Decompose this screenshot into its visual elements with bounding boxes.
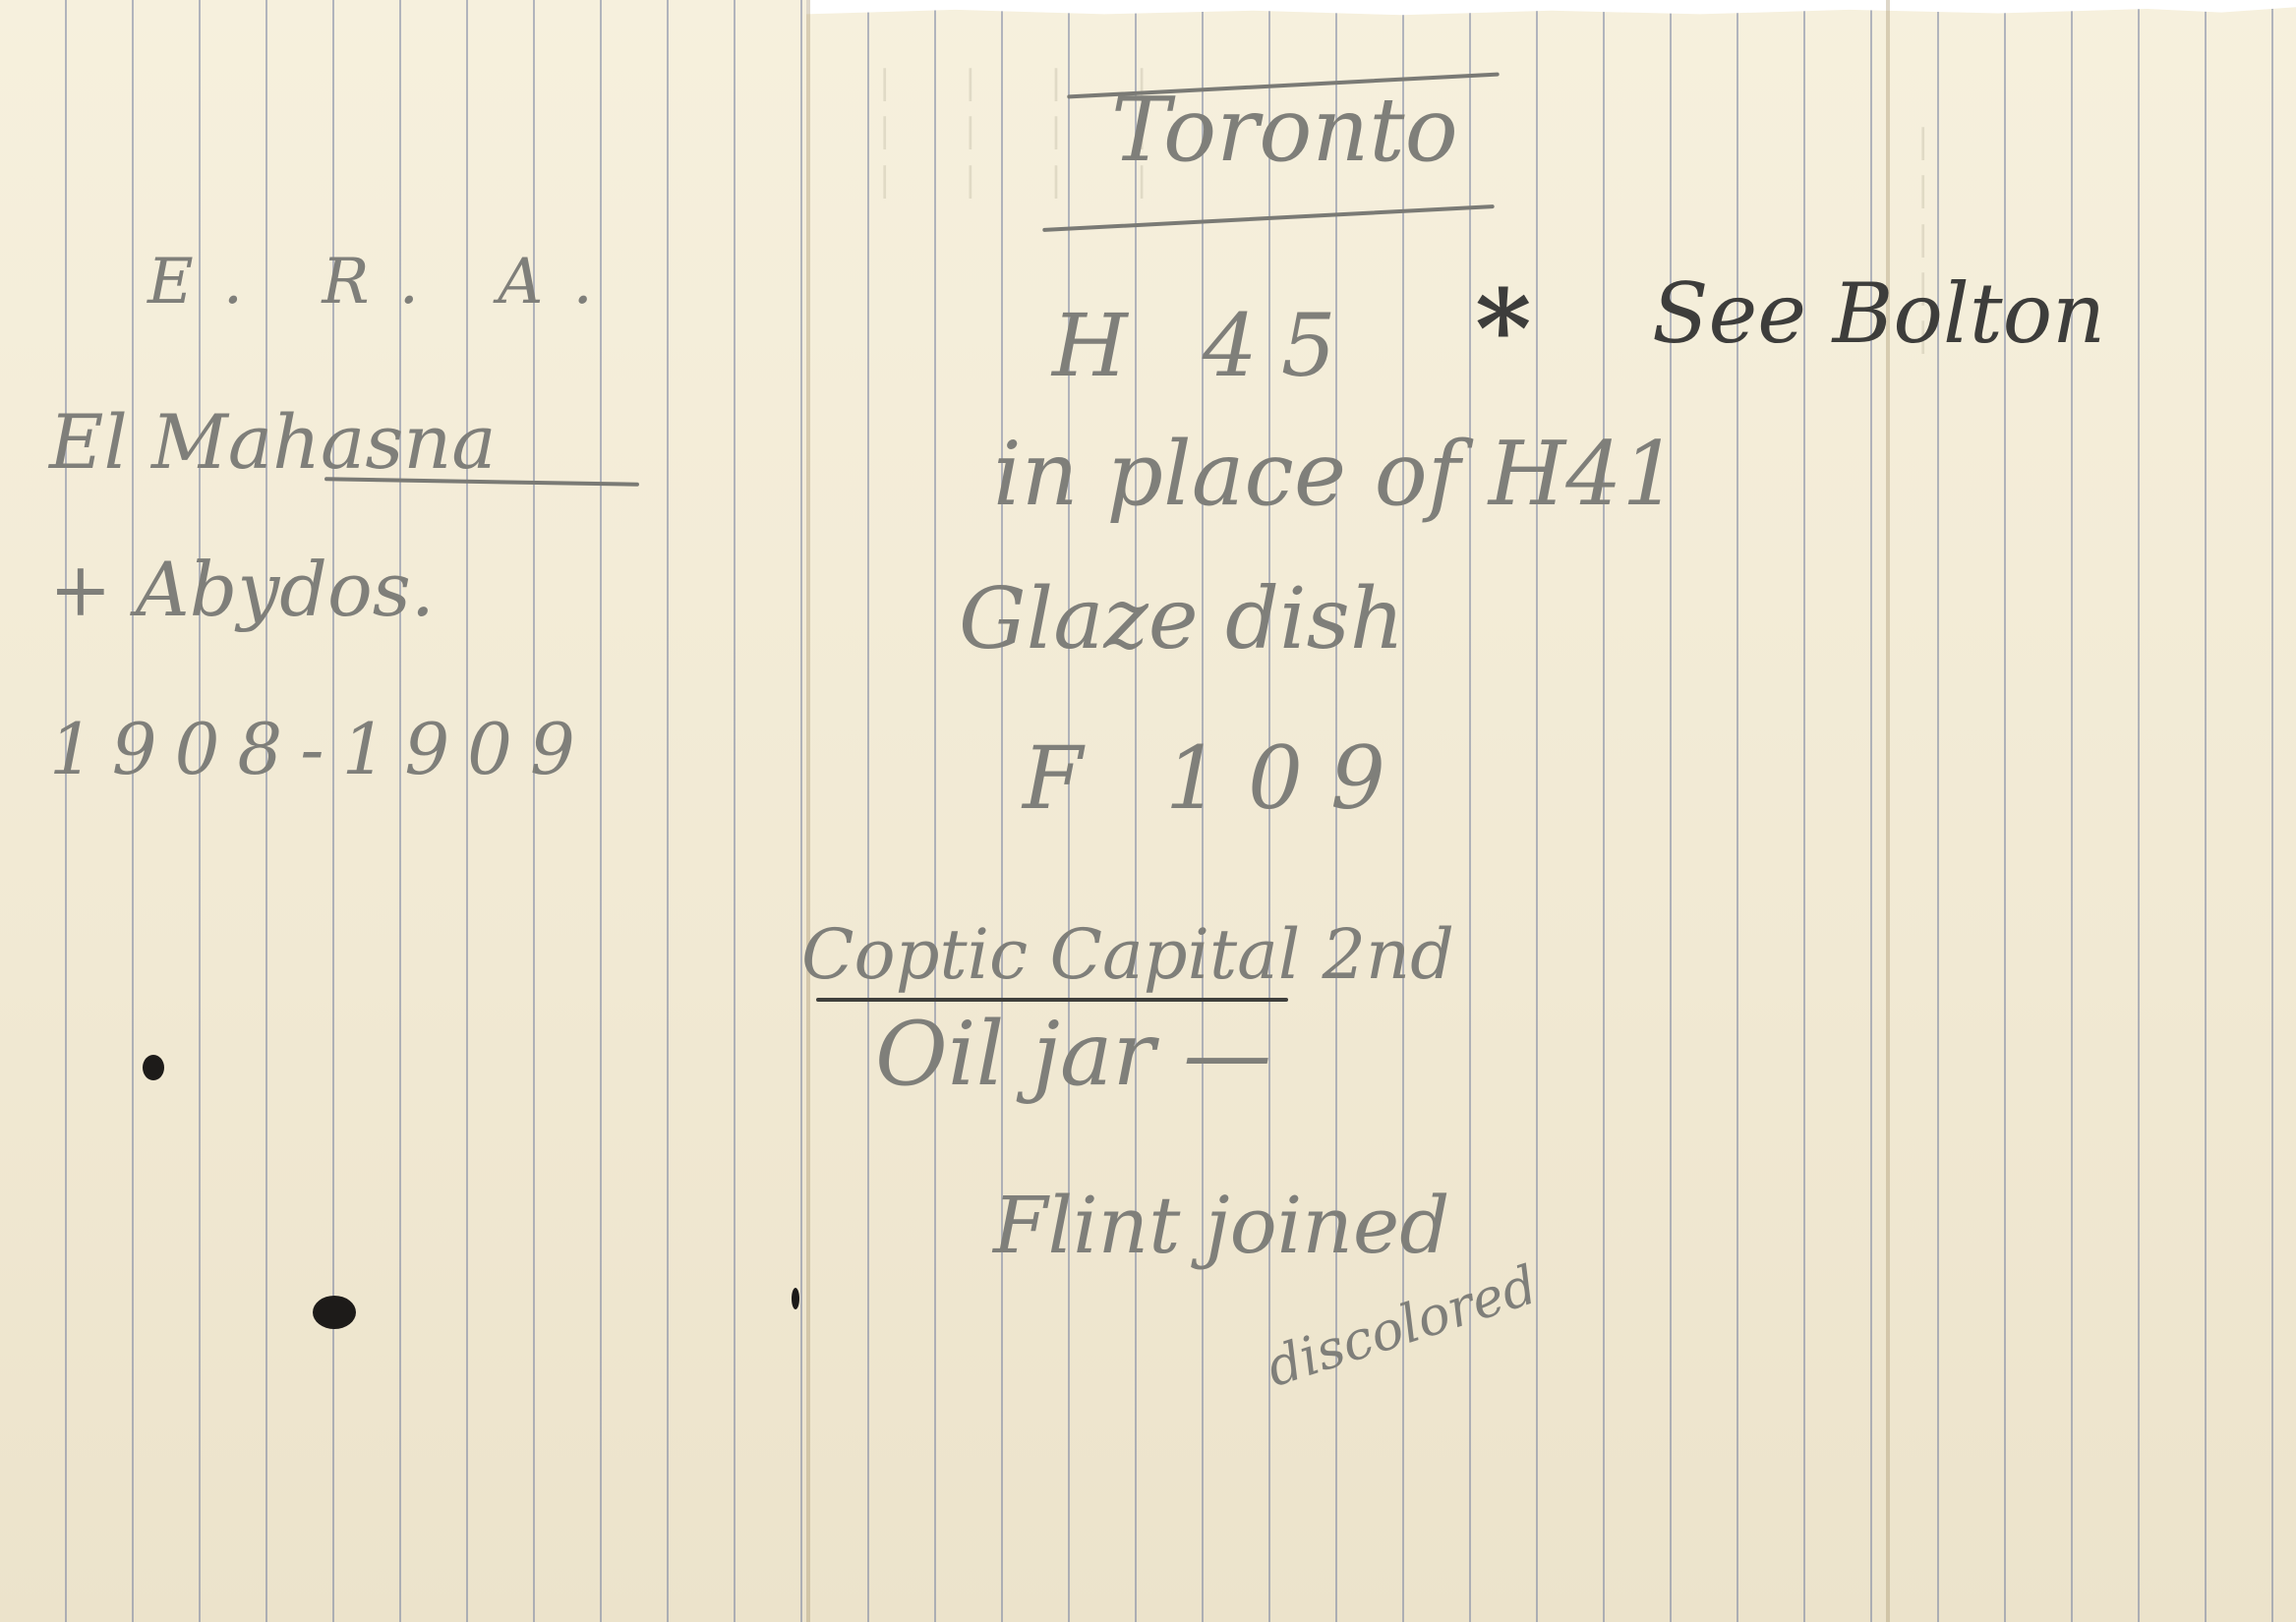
entry-divider [816,998,1288,1002]
site-name: El Mahasna [49,398,497,486]
paper-fold-right [1886,0,1890,1622]
entry-oil-jar: Oil jar — [875,1003,1271,1106]
entry-h45: H 45 [1052,295,1360,396]
entry-f109: F 109 [1023,727,1413,829]
bleed-through-text: | | | | | | | | | | | | [826,59,1148,204]
heading-era: E. R. A. [147,246,622,319]
ink-blot [143,1055,164,1080]
years: 1908-1909 [49,708,593,790]
asterisk-marker: * [1475,265,1532,392]
entry-h45-note: in place of H41 [993,423,1678,526]
ink-blot [792,1288,799,1309]
ink-blot [313,1296,356,1329]
see-bolton-note: See Bolton [1652,265,2105,362]
entry-coptic-capital: Coptic Capital 2nd [801,914,1454,995]
entry-glaze-dish: Glaze dish [959,570,1404,668]
entry-flint-joined: Flint joined [993,1180,1449,1271]
title-toronto: Toronto [1111,79,1458,182]
paper-fold-left [806,0,810,1622]
site-name-2: + Abydos. [49,546,435,633]
